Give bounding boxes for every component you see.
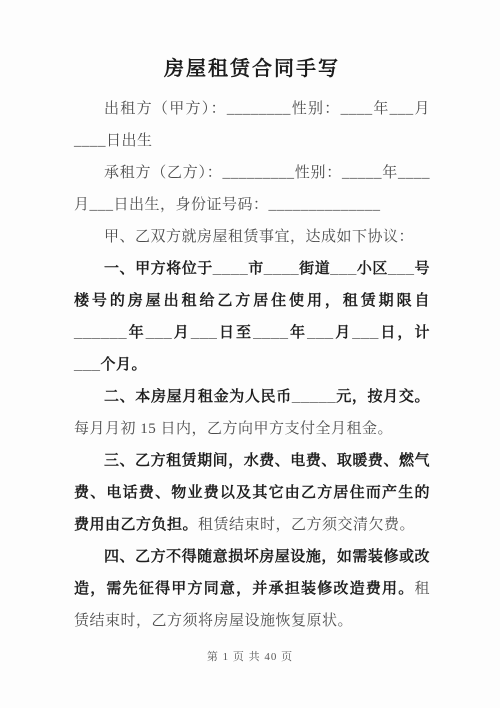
paragraph: 一、甲方将位于____市____街道___小区___号楼号的房屋出租给乙方居住使… xyxy=(74,253,430,381)
page-number: 第 1 页 共 40 页 xyxy=(0,648,500,664)
paragraph-segment: 甲、乙双方就房屋租赁事宜，达成如下协议： xyxy=(104,229,414,245)
paragraph: 三、乙方租赁期间，水费、电费、取暖费、燃气费、电话费、物业费以及其它由乙方居住而… xyxy=(74,445,430,541)
document-title: 房屋租赁合同手写 xyxy=(74,52,430,81)
paragraph: 二、本房屋月租金为人民币_____元，按月交。每月月初 15 日内，乙方向甲方支… xyxy=(74,381,430,445)
paragraph-segment: 租赁结束时，乙方须交清欠费。 xyxy=(198,517,415,533)
paragraph-segment: 二、本房屋月租金为人民币_____元，按月交。 xyxy=(104,388,430,405)
paragraph: 四、乙方不得随意损坏房屋设施，如需装修或改造，需先征得甲方同意，并承担装修改造费… xyxy=(74,541,430,637)
paragraph: 承租方（乙方）：_________性别：_____年____月___日出生，身份… xyxy=(74,157,430,221)
paragraph: 甲、乙双方就房屋租赁事宜，达成如下协议： xyxy=(74,221,430,253)
document-page: 房屋租赁合同手写 出租方（甲方）：________性别：____年___月___… xyxy=(0,0,500,708)
paragraph-segment: 四、乙方不得随意损坏房屋设施，如需装修或改造，需先征得甲方同意，并承担装修改造费… xyxy=(74,548,430,597)
paragraph-segment: 承租方（乙方）：_________性别：_____年____月___日出生，身份… xyxy=(74,165,430,213)
paragraph-segment: 一、甲方将位于____市____街道___小区___号楼号的房屋出租给乙方居住使… xyxy=(74,260,430,373)
paragraph-segment: 出租方（甲方）：________性别：____年___月____日出生 xyxy=(74,101,430,149)
document-body: 出租方（甲方）：________性别：____年___月____日出生承租方（乙… xyxy=(74,93,430,637)
paragraph: 出租方（甲方）：________性别：____年___月____日出生 xyxy=(74,93,430,157)
paragraph-segment: 每月月初 15 日内，乙方向甲方支付全月租金。 xyxy=(74,421,393,437)
